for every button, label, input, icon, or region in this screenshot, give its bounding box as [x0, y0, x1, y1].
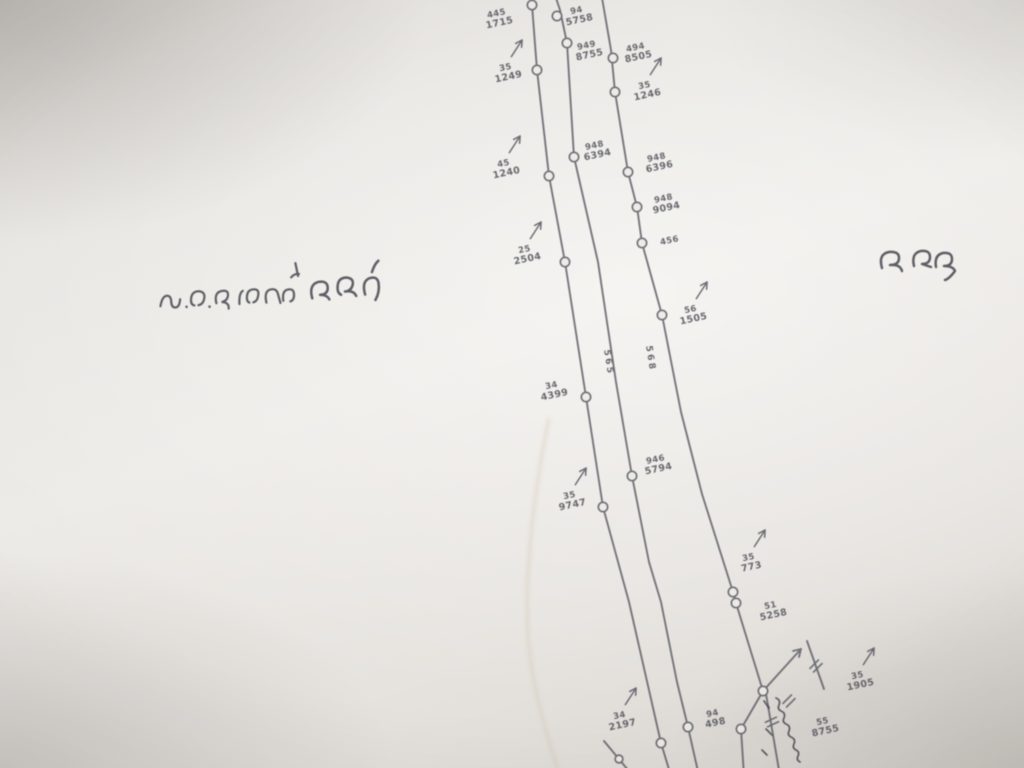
point-number-label: 558755: [809, 714, 840, 739]
doc-type-handwriting: [159, 259, 381, 312]
point-number-label: 4948505: [622, 40, 653, 65]
svg-text:5258: 5258: [759, 607, 788, 624]
point-number-label: 9498755: [573, 38, 604, 63]
leader-arrow: [647, 58, 664, 75]
paper-stain: [527, 418, 558, 768]
svg-text:1240: 1240: [492, 165, 521, 182]
rotated-line-annotation: 565: [601, 349, 615, 377]
svg-text:5758: 5758: [565, 12, 594, 29]
point-number-label: 351249: [488, 40, 530, 85]
svg-text:1246: 1246: [633, 87, 662, 104]
survey-node: [632, 202, 641, 211]
point-number-label: 9486394: [581, 138, 612, 163]
leader-arrow: [693, 282, 710, 299]
boundary-line-2: [554, 0, 699, 768]
survey-node: [623, 167, 632, 176]
survey-node: [637, 238, 646, 247]
survey-node: [627, 471, 636, 480]
point-number-label: 359747: [552, 468, 594, 513]
branch-arrow: [763, 649, 801, 691]
leader-arrow: [622, 688, 639, 705]
leader-arrow: [572, 468, 589, 485]
survey-node: [562, 38, 571, 47]
svg-text:8755: 8755: [811, 723, 840, 740]
survey-node: [569, 152, 578, 161]
photo-of-survey-document: 4451715945758949875549485053512493512464…: [0, 0, 1024, 768]
svg-text:9747: 9747: [558, 497, 587, 514]
survey-node: [731, 598, 740, 607]
survey-node: [560, 257, 569, 266]
survey-node: [544, 171, 553, 180]
survey-node: [657, 310, 666, 319]
point-number-label: 451240: [486, 136, 528, 181]
survey-node: [581, 392, 590, 401]
leader-arrow: [860, 648, 877, 665]
point-number-label: 252504: [507, 222, 549, 267]
point-number-label: 342197: [602, 688, 644, 733]
rotated-line-annotation: 568: [643, 345, 657, 373]
svg-text:1905: 1905: [846, 677, 875, 694]
survey-node: [552, 11, 561, 20]
point-number-label: 456: [659, 234, 680, 248]
survey-node: [608, 53, 617, 62]
double-tick-mark: [783, 695, 795, 707]
point-number-label: 515258: [757, 598, 788, 623]
point-number-label: 945758: [563, 3, 594, 28]
leader-arrow: [751, 530, 768, 547]
svg-text:1505: 1505: [679, 311, 708, 328]
svg-text:1249: 1249: [494, 69, 523, 86]
point-number-label: 35773: [734, 530, 773, 575]
survey-node: [736, 724, 745, 733]
svg-text:456: 456: [659, 234, 680, 248]
survey-node: [728, 587, 737, 596]
survey-node: [610, 87, 619, 96]
point-number-label: 344399: [538, 378, 569, 403]
survey-node: [532, 65, 541, 74]
double-tick-mark: [766, 717, 779, 727]
leader-arrow: [508, 40, 525, 57]
survey-map-drawing: 4451715945758949875549485053512493512464…: [0, 0, 1024, 768]
stub-line: [604, 741, 628, 768]
survey-node: [615, 755, 623, 763]
point-number-label: 9486396: [643, 150, 674, 175]
survey-node: [527, 0, 536, 9]
survey-node: [598, 502, 607, 511]
leader-arrow: [527, 222, 544, 239]
survey-node: [758, 686, 767, 695]
boundary-line-3: [601, 0, 763, 768]
point-number-label: 9489094: [650, 191, 681, 216]
point-number-label: 351905: [840, 648, 882, 693]
survey-node: [656, 738, 665, 747]
leader-arrow: [506, 136, 523, 153]
sheet-number-handwriting: [881, 251, 955, 280]
svg-text:4399: 4399: [540, 387, 569, 404]
point-number-label: 351246: [627, 58, 669, 103]
point-number-label: 9465794: [642, 452, 673, 477]
point-number-label: 561505: [673, 282, 715, 327]
survey-node: [683, 722, 692, 731]
path-name-handwriting: [762, 698, 800, 762]
point-number-label: 4451715: [483, 6, 514, 31]
svg-text:2504: 2504: [513, 251, 542, 268]
svg-text:2197: 2197: [608, 717, 637, 734]
point-number-label: 94498: [702, 707, 727, 731]
